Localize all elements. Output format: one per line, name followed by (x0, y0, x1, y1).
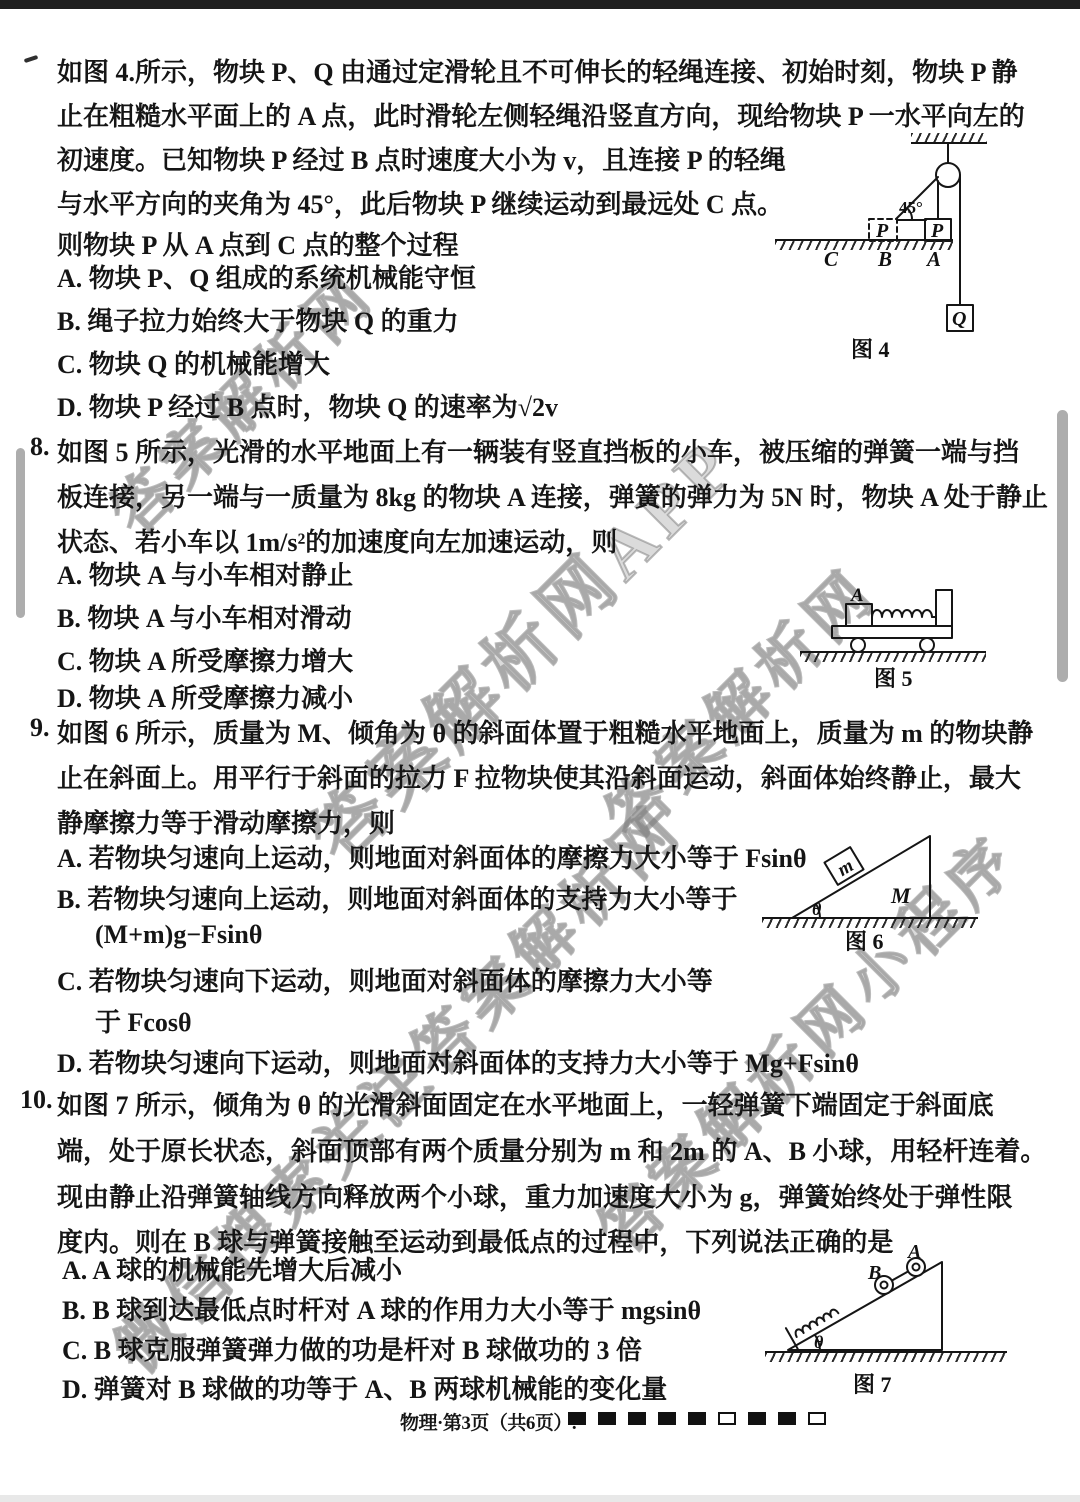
q10-option-c: C. B 球克服弹簧弹力做的功是杆对 B 球做功的 3 倍 (62, 1330, 642, 1367)
figure-4: 45° P P Q C B A 图 4 (768, 128, 1018, 373)
footer-mark-3 (658, 1412, 676, 1425)
footer-page-label: 物理·第3页（共6页）. (400, 1408, 576, 1435)
q7-stem-line: 则物块 P 从 A 点到 C 点的整个过程 (57, 225, 459, 262)
q8-option-a: A. 物块 A 与小车相对静止 (57, 555, 353, 592)
scrollbar-thumb-left[interactable] (16, 448, 25, 618)
q7-stem-line: 如图 4.所示，物块 P、Q 由通过定滑轮且不可伸长的轻绳连接、初始时刻，物块 … (57, 52, 1018, 89)
fig4-caption: 图 4 (851, 337, 890, 362)
fig6-incline-m-label: M (890, 883, 912, 908)
fig5-ground-hatch (800, 651, 986, 662)
q8-option-d: D. 物块 A 所受摩擦力减小 (57, 678, 353, 715)
q8-option-c: C. 物块 A 所受摩擦力增大 (57, 641, 353, 678)
q9-option-a: A. 若物块匀速向上运动，则地面对斜面体的摩擦力大小等于 Fsinθ (57, 838, 807, 875)
q7-option-b: B. 绳子拉力始终大于物块 Q 的重力 (57, 301, 459, 338)
footer-mark-1 (598, 1412, 616, 1425)
q7-option-a: A. 物块 P、Q 组成的系统机械能守恒 (57, 258, 476, 295)
q10-stem-line: 现由静止沿弹簧轴线方向释放两个小球，重力加速度大小为 g，弹簧始终处于弹性限 (57, 1177, 1013, 1214)
fig6-ground-hatch (762, 917, 978, 928)
fig7-ball-b-label: B (867, 1262, 881, 1284)
question-7-clipped-number (24, 55, 39, 63)
q7-stem-line: 与水平方向的夹角为 45°，此后物块 P 继续运动到最远处 C 点。 (57, 184, 783, 221)
q7-stem-line: 初速度。已知物块 P 经过 B 点时速度大小为 v，且连接 P 的轻绳 (57, 140, 786, 177)
q10-option-d: D. 弹簧对 B 球做的功等于 A、B 两球机械能的变化量 (62, 1369, 667, 1406)
figure-6: m M θ 图 6 (760, 830, 1012, 960)
fig5-caption: 图 5 (874, 666, 913, 691)
q8-stem-line: 状态、若小车以 1m/s²的加速度向左加速运动，则 (57, 522, 617, 559)
q7-option-c: C. 物块 Q 的机械能增大 (57, 344, 330, 381)
fig7-ball-a-label: A (906, 1241, 921, 1263)
exam-page: 答案解析网 答案解析网APP 答案解析网 答案解析网小程序 微信搜索关注答案解析… (0, 0, 1080, 1502)
fig4-ground-hatch (775, 239, 953, 250)
footer-mark-4 (688, 1412, 706, 1425)
q8-stem-line: 如图 5 所示，光滑的水平地面上有一辆装有竖直挡板的小车，被压缩的弹簧一端与挡 (57, 432, 1019, 469)
q9-stem-line: 静摩擦力等于滑动摩擦力，则 (57, 803, 395, 840)
figure-5: A 图 5 (795, 583, 1010, 693)
fig4-block-q-label: Q (952, 308, 966, 330)
footer-mark-2 (628, 1412, 646, 1425)
figure-7: B A θ 图 7 (763, 1236, 1015, 1400)
top-edge-bar (0, 0, 1080, 9)
fig7-caption: 图 7 (853, 1372, 892, 1397)
fig4-point-b-label: B (877, 247, 892, 271)
footer-mark-8 (808, 1412, 826, 1425)
q10-stem-line: 端，处于原长状态，斜面顶部有两个质量分别为 m 和 2m 的 A、B 小球，用轻… (57, 1131, 1046, 1168)
footer-mark-7 (778, 1412, 796, 1425)
q8-option-b: B. 物块 A 与小车相对滑动 (57, 598, 352, 635)
q7-option-d: D. 物块 P 经过 B 点时，物块 Q 的速率为√2v (57, 387, 558, 424)
fig6-angle-label: θ (812, 899, 822, 919)
q10-option-a: A. A 球的机械能先增大后减小 (62, 1250, 402, 1287)
fig4-angle-label: 45° (899, 198, 923, 217)
q9-option-d: D. 若物块匀速向下运动，则地面对斜面体的支持力大小等于 Mg+Fsinθ (57, 1043, 859, 1080)
q9-option-c: C. 若物块匀速向下运动，则地面对斜面体的摩擦力大小等 (57, 961, 713, 998)
footer-mark-0 (568, 1412, 586, 1425)
q9-stem-line: 止在斜面上。用平行于斜面的拉力 F 拉物块使其沿斜面运动，斜面体始终静止，最大 (57, 758, 1021, 795)
q9-option-b-cont: (M+m)g−Fsinθ (95, 920, 262, 950)
q9-option-b: B. 若物块匀速向上运动，则地面对斜面体的支持力大小等于 (57, 879, 737, 916)
q9-stem-line: 如图 6 所示，质量为 M、倾角为 θ 的斜面体置于粗糙水平地面上，质量为 m … (57, 713, 1033, 750)
footer-mark-5 (718, 1412, 736, 1425)
fig7-ground-hatch (765, 1351, 1007, 1362)
fig4-point-a-label: A (925, 247, 941, 271)
q10-number: 10. (20, 1085, 53, 1115)
q9-number: 9. (30, 713, 50, 743)
q10-option-b: B. B 球到达最低点时杆对 A 球的作用力大小等于 mgsinθ (62, 1290, 701, 1327)
bottom-edge-bar (0, 1495, 1080, 1502)
fig5-block-a-label: A (850, 585, 864, 606)
q8-number: 8. (30, 432, 50, 462)
fig7-angle-label: θ (814, 1332, 824, 1352)
fig4-point-c-label: C (824, 247, 839, 271)
q8-stem-line: 板连接，另一端与一质量为 8kg 的物块 A 连接，弹簧的弹力为 5N 时，物块… (57, 477, 1048, 514)
scrollbar-thumb-right[interactable] (1057, 410, 1068, 682)
fig6-block-m-label: m (834, 855, 857, 881)
footer-mark-6 (748, 1412, 766, 1425)
q10-stem-line: 如图 7 所示，倾角为 θ 的光滑斜面固定在水平地面上，一轻弹簧下端固定于斜面底 (57, 1085, 994, 1122)
fig6-caption: 图 6 (845, 929, 884, 954)
q9-option-c-cont: 于 Fcosθ (95, 1002, 192, 1039)
